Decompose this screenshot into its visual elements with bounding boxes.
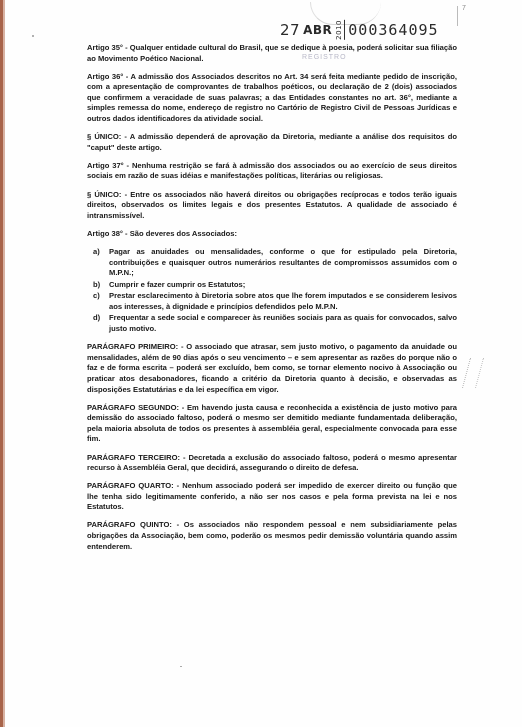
- scanned-document-page: 7 27 ABR 2010 000364095 REGISTRO Artigo …: [0, 0, 522, 727]
- list-item-text: Prestar esclarecimento à Diretoria sobre…: [109, 291, 457, 312]
- stamp-day: 27: [280, 21, 300, 39]
- paragrafo-quinto: PARÁGRAFO QUINTO: - Os associados não re…: [87, 520, 457, 552]
- registry-stamp: 27 ABR 2010 000364095: [280, 20, 439, 40]
- article-37-unico: § ÚNICO: - Entre os associados não haver…: [87, 190, 457, 222]
- list-marker: c): [87, 291, 109, 312]
- list-marker: d): [87, 313, 109, 334]
- paragrafo-primeiro: PARÁGRAFO PRIMEIRO: - O associado que at…: [87, 342, 457, 395]
- paragrafo-quarto: PARÁGRAFO QUARTO: - Nenhum associado pod…: [87, 481, 457, 513]
- scan-speck: [180, 666, 182, 667]
- list-item: d) Frequentar a sede social e comparecer…: [87, 313, 457, 334]
- list-item: c) Prestar esclarecimento à Diretoria so…: [87, 291, 457, 312]
- stamp-year: 2010: [335, 20, 345, 40]
- list-item-text: Frequentar a sede social e comparecer às…: [109, 313, 457, 334]
- article-36: Artigo 36° - A admissão dos Associados d…: [87, 72, 457, 125]
- margin-line-mark: [457, 6, 458, 26]
- list-item-text: Cumprir e fazer cumprir os Estatutos;: [109, 280, 457, 291]
- document-body: Artigo 35° - Qualquer entidade cultural …: [87, 43, 457, 560]
- article-37: Artigo 37° - Nenhuma restrição se fará à…: [87, 161, 457, 182]
- list-item-text: Pagar as anuidades ou mensalidades, conf…: [109, 247, 457, 279]
- duties-list: a) Pagar as anuidades ou mensalidades, c…: [87, 247, 457, 335]
- paragrafo-segundo: PARÁGRAFO SEGUNDO: - Em havendo justa ca…: [87, 403, 457, 445]
- list-item: a) Pagar as anuidades ou mensalidades, c…: [87, 247, 457, 279]
- list-item: b) Cumprir e fazer cumprir os Estatutos;: [87, 280, 457, 291]
- page-edge-shadow: [3, 0, 5, 727]
- margin-scribble: [462, 358, 484, 388]
- article-35: Artigo 35° - Qualquer entidade cultural …: [87, 43, 457, 64]
- stamp-month: ABR: [303, 23, 332, 37]
- list-marker: b): [87, 280, 109, 291]
- paragrafo-terceiro: PARÁGRAFO TERCEIRO: - Decretada a exclus…: [87, 453, 457, 474]
- margin-page-number: 7: [462, 5, 466, 12]
- stamp-protocol-number: 000364095: [348, 21, 438, 39]
- article-36-unico: § ÚNICO: - A admissão dependerá de aprov…: [87, 132, 457, 153]
- scan-speck: [32, 35, 34, 37]
- article-38: Artigo 38° - São deveres dos Associados:: [87, 229, 457, 240]
- list-marker: a): [87, 247, 109, 279]
